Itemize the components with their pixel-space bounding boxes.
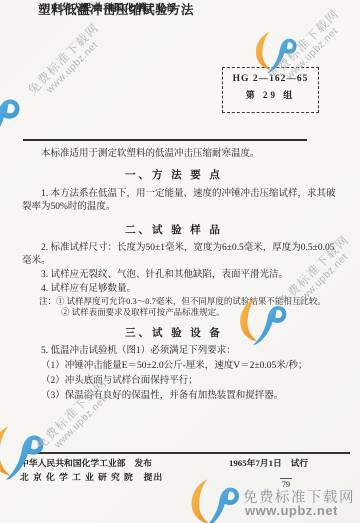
section-heading-samples: 二、试 验 样 品 [22, 224, 340, 237]
method-paragraph: 1. 本方法系在低温下，用一定能量、速度的冲锤冲击压缩试样，求其破裂率为50%时… [22, 188, 340, 214]
section-heading-method: 一、方 法 要 点 [22, 169, 340, 182]
equipment-item-3: （3）保温浴有良好的保温性，并备有加热装置和搅拌器。 [22, 390, 340, 403]
standard-group: 第 29 组 [223, 88, 318, 101]
footer-rule [28, 452, 350, 454]
watermark-site-url: www.upbz.net [26, 22, 119, 115]
header-rule [23, 139, 307, 141]
document-title: 塑料低温冲击压缩试验方法 [0, 0, 232, 18]
document-body: 本标准适用于测定软塑料的低温冲击压缩耐寒温度。 一、方 法 要 点 1. 本方法… [22, 146, 340, 403]
standard-number-box: HG 2—162—65 第 29 组 [222, 67, 319, 113]
section-heading-equipment: 三、试 验 设 备 [22, 327, 340, 340]
sample-note-2: ② 试样表面要求及取样可按产品标准规定。 [22, 307, 340, 318]
equipment-item-2: （2）冲头底面与试样台面保持平行； [22, 375, 340, 388]
footer-proposer: 北 京 化 学 工 业 研 究 院 提出 [20, 470, 163, 483]
equipment-item-1: （1）冲锤冲击能量E＝50±2.0公斤-厘米，速度V＝2±0.05米/秒； [22, 360, 340, 373]
sample-quantity-paragraph: 4. 试样应有足够数量。 [22, 283, 340, 296]
up-logo-icon [187, 477, 243, 523]
watermark-site-name: 免费标准下载网 [16, 11, 111, 106]
scanned-standard-page: 中华人民共和国化学工业部 部 标 准 塑料低温冲击压缩试验方法 HG 2—162… [0, 0, 360, 523]
sample-note-1: 注：① 试样厚度可允许0.3～0.7毫米，但不同厚度的试验结果不能相互比较。 [22, 296, 340, 307]
page-number: 79 [280, 478, 292, 489]
scope-paragraph: 本标准适用于测定软塑料的低温冲击压缩耐寒温度。 [22, 148, 340, 161]
equipment-intro-paragraph: 5. 低温冲击试验机（图1）必须满足下列要求： [22, 345, 340, 358]
standard-number: HG 2—162—65 [223, 74, 318, 84]
up-logo-icon [0, 88, 24, 145]
watermark-site-url-large: www.upbz.net [245, 503, 338, 518]
watermark-top-left: 免费标准下载网 www.upbz.net [16, 11, 120, 115]
footer-issuer: 中华人民共和国化学工业部 发布 [20, 456, 152, 469]
sample-defects-paragraph: 3. 试样应无裂纹、气泡、针孔和其他缺陷，表面平滑光洁。 [22, 269, 340, 282]
sample-size-paragraph: 2. 标准试样尺寸：长度为50±1毫米，宽度为6±0.5毫米，厚度为0.5±0.… [22, 242, 340, 268]
footer-date: 1965年7月1日 试行 [229, 456, 308, 469]
